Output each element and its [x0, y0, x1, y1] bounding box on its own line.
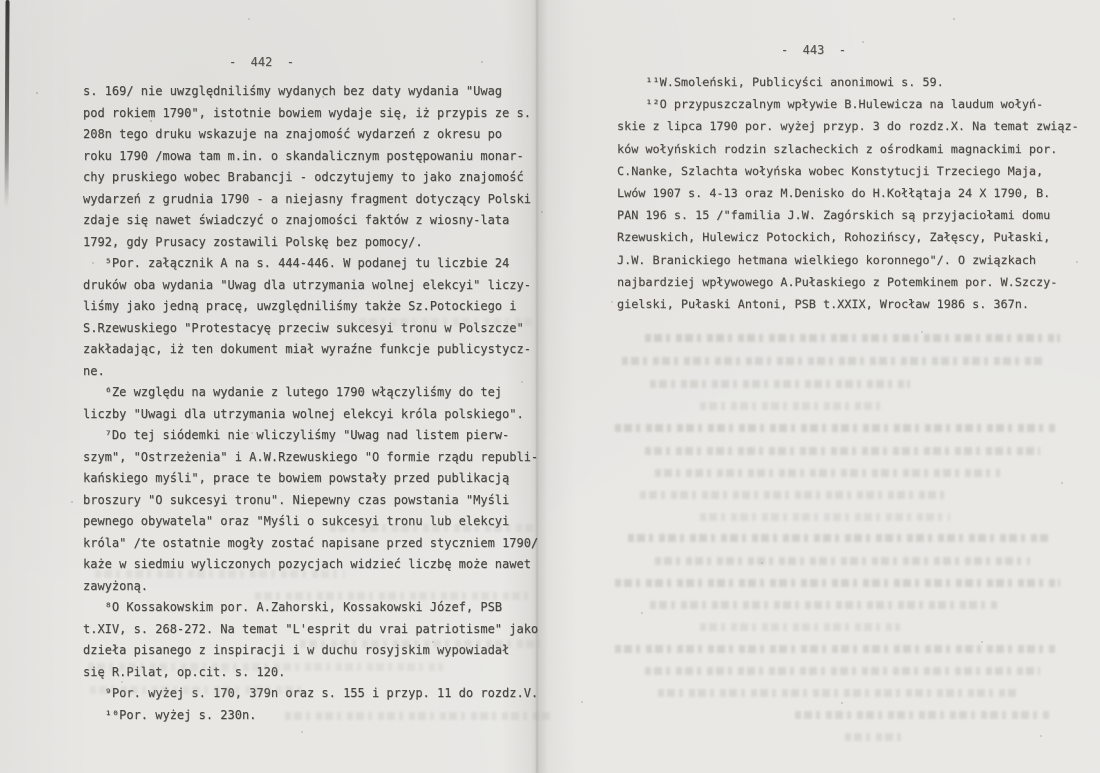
- page-number-left: - 442 -: [229, 55, 294, 69]
- text-line: S.Rzewuskiego "Protestacyę przeciw sukce…: [83, 318, 538, 340]
- bleed-through-line: [615, 579, 1060, 587]
- left-page-text: s. 169/ nie uwzględniliśmy wydanych bez …: [83, 81, 538, 726]
- text-line: chy pruskiego wobec Brabancji - odczytuj…: [83, 167, 538, 189]
- bleed-through-line: [700, 513, 950, 521]
- text-line: pewnego obywatela" oraz "Myśli o sukcesy…: [83, 511, 538, 533]
- text-line: gielski, Pułaski Antoni, PSB t.XXIX, Wro…: [617, 293, 1079, 315]
- bleed-through-line: [655, 469, 1000, 477]
- bleed-through-line: [650, 380, 910, 388]
- text-line: broszury "O sukcesyi tronu". Niepewny cz…: [83, 490, 538, 512]
- text-line: Rzewuskich, Hulewicz Potockich, Rohozińs…: [617, 226, 1079, 248]
- text-line: 208n tego druku wskazuje na znajomość wy…: [83, 124, 538, 146]
- text-line: ⁹Por. wyżej s. 170, 379n oraz s. 155 i p…: [83, 683, 538, 705]
- text-line: króla" /te ostatnie mogły zostać napisan…: [83, 533, 538, 555]
- bleed-through-line: [628, 534, 1048, 542]
- text-line: roku 1790 /mowa tam m.in. o skandaliczny…: [83, 146, 538, 168]
- text-line: szym", "Ostrzeżenia" i A.W.Rzewuskiego "…: [83, 447, 538, 469]
- text-line: C.Nanke, Szlachta wołyńska wobec Konstyt…: [617, 160, 1079, 182]
- text-line: zakładając, iż ten dokument miał wyraźne…: [83, 339, 538, 361]
- page-number-right: - 443 -: [781, 43, 846, 57]
- bleed-through-line: [700, 402, 880, 410]
- text-line: J.W. Branickiego hetmana wielkiego koron…: [617, 249, 1079, 271]
- text-line: ków wołyńskich rodzin szlacheckich z ośr…: [617, 138, 1079, 160]
- bleed-through-line: [700, 623, 900, 631]
- bleed-through-line: [615, 645, 1055, 653]
- text-line: druków oba wydania "Uwag dla utrzymania …: [83, 275, 538, 297]
- right-page-text: ¹¹W.Smoleński, Publicyści anonimowi s. 5…: [617, 71, 1079, 315]
- bleed-through-line: [795, 711, 1050, 719]
- bleed-through-line: [645, 334, 1060, 342]
- bleed-through-line: [640, 491, 950, 499]
- text-line: kańskiego myśli", prace te bowiem powsta…: [83, 468, 538, 490]
- scan-speckles: [0, 0, 2, 2]
- text-line: ⁷Do tej siódemki nie wliczyliśmy "Uwag n…: [83, 425, 538, 447]
- text-line: każe w siedmiu wyliczonych pozycjach wid…: [83, 554, 538, 576]
- text-line: t.XIV, s. 268-272. Na temat "L'esprit du…: [83, 619, 538, 641]
- bleed-through-line: [645, 447, 1040, 455]
- text-line: wydarzeń z grudnia 1790 - a niejasny fra…: [83, 189, 538, 211]
- scan-surface: - 442 - s. 169/ nie uwzględniliśmy wydan…: [0, 0, 1100, 773]
- bleed-through-line: [845, 733, 907, 741]
- text-line: 1792, gdy Prusacy zostawili Polskę bez p…: [83, 232, 538, 254]
- text-line: najbardziej wpływowego A.Pułaskiego z Po…: [617, 271, 1079, 293]
- text-line: ⁶Ze względu na wydanie z lutego 1790 włą…: [83, 382, 538, 404]
- scan-edge-mark: [4, 0, 9, 208]
- text-line: zawyżoną.: [83, 576, 538, 598]
- bleed-through-line: [622, 357, 1042, 365]
- bleed-through-line: [658, 689, 1018, 697]
- bleed-through-line: [655, 557, 1030, 565]
- text-line: się R.Pilat, op.cit. s. 120.: [83, 662, 538, 684]
- text-line: s. 169/ nie uwzględniliśmy wydanych bez …: [83, 81, 538, 103]
- text-line: ¹²O przypuszczalnym wpływie B.Hulewicza …: [617, 93, 1079, 115]
- text-line: dzieła pisanego z inspiracji i w duchu r…: [83, 640, 538, 662]
- text-line: zdaje się nawet świadczyć o znajomości f…: [83, 210, 538, 232]
- text-line: skie z lipca 1790 por. wyżej przyp. 3 do…: [617, 115, 1079, 137]
- text-line: ⁵Por. załącznik A na s. 444-446. W podan…: [83, 253, 538, 275]
- bleed-through-line: [615, 424, 1055, 432]
- bleed-through-line: [645, 667, 1040, 675]
- bleed-through-line: [650, 601, 1000, 609]
- text-line: Lwów 1907 s. 4-13 oraz M.Denisko do H.Ko…: [617, 182, 1079, 204]
- text-line: pod rokiem 1790", istotnie bowiem wydaje…: [83, 103, 538, 125]
- text-line: liczby "Uwagi dla utrzymania wolnej elek…: [83, 404, 538, 426]
- text-line: ¹¹W.Smoleński, Publicyści anonimowi s. 5…: [617, 71, 1079, 93]
- text-line: ⁸O Kossakowskim por. A.Zahorski, Kossako…: [83, 597, 538, 619]
- text-line: liśmy jako jedną pracę, uwzględniliśmy t…: [83, 296, 538, 318]
- scanned-book-spread: { "document": { "kind": "typewritten boo…: [0, 0, 1100, 773]
- text-line: PAN 196 s. 15 /"familia J.W. Zagórskich …: [617, 204, 1079, 226]
- text-line: ¹⁰Por. wyżej s. 230n.: [83, 705, 538, 727]
- text-line: ne.: [83, 361, 538, 383]
